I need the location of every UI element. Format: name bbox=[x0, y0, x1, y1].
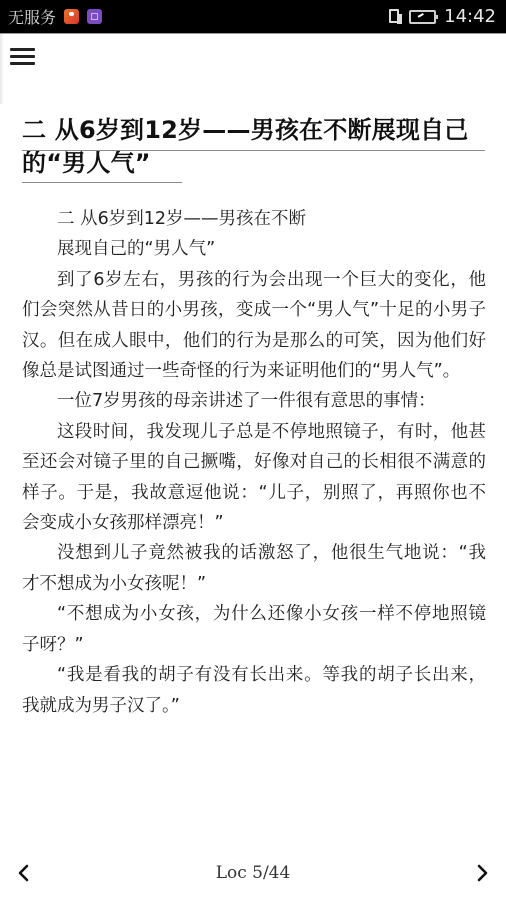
reader-content: 二 从6岁到12岁——男孩在不断 展现自己的“男人气” 到了6岁左右，男孩的行为… bbox=[22, 204, 486, 721]
paragraph: 一位7岁男孩的母亲讲述了一件很有意思的事情： bbox=[22, 386, 486, 416]
section-heading-line: 展现自己的“男人气” bbox=[22, 234, 486, 264]
paragraph: “我是看我的胡子有没有长出来。等我的胡子长出来，我就成为男子汉了。” bbox=[22, 660, 486, 721]
sim-card-alert-icon bbox=[389, 9, 401, 24]
chapter-title: 二 从6岁到12岁——男孩在不断展现自己的“男人气” bbox=[22, 114, 488, 180]
title-underline bbox=[22, 182, 182, 183]
section-heading-line: 二 从6岁到12岁——男孩在不断 bbox=[22, 204, 486, 234]
carrier-label: 无服务 bbox=[8, 5, 56, 28]
location-indicator: Loc 5/44 bbox=[0, 863, 506, 883]
reader-footer: Loc 5/44 bbox=[0, 855, 506, 895]
hamburger-menu-icon[interactable] bbox=[10, 48, 36, 68]
paragraph: 没想到儿子竟然被我的话激怒了，他很生气地说：“我才不想成为小女孩呢！” bbox=[22, 538, 486, 599]
paragraph: 这段时间，我发现儿子总是不停地照镜子，有时，他甚至还会对镜子里的自己撅嘴，好像对… bbox=[22, 417, 486, 539]
clock: 14:42 bbox=[444, 6, 496, 27]
paragraph: “不想成为小女孩，为什么还像小女孩一样不停地照镜子呀？” bbox=[22, 599, 486, 660]
app-notification-icon bbox=[87, 9, 102, 24]
paragraph: 到了6岁左右，男孩的行为会出现一个巨大的变化，他们会突然从昔日的小男孩，变成一个… bbox=[22, 265, 486, 387]
title-underline bbox=[22, 150, 485, 151]
status-bar: 无服务 14:42 bbox=[0, 0, 506, 34]
drawer-edge bbox=[0, 34, 4, 104]
chevron-right-icon[interactable] bbox=[470, 861, 494, 885]
app-notification-icon bbox=[64, 9, 79, 24]
battery-charging-icon bbox=[409, 10, 436, 24]
